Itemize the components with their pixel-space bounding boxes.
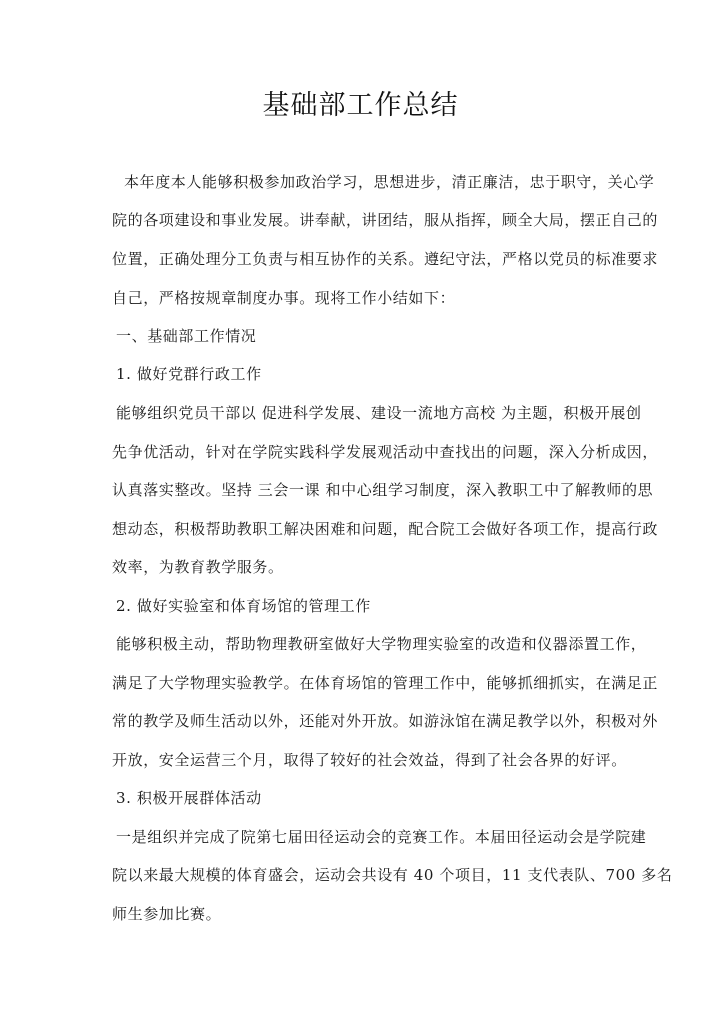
paragraph-line: 认真落实整改。坚持 三会一课 和中心组学习制度，深入教职工中了解教师的思 <box>112 480 612 500</box>
paragraph-line: 院以来最大规模的体育盛会，运动会共设有 40 个项目，11 支代表队、700 多… <box>112 865 612 885</box>
section-heading: 一、基础部工作情况 <box>116 326 616 346</box>
item-heading: 2. 做好实验室和体育场馆的管理工作 <box>116 596 616 616</box>
paragraph-line: 能够积极主动，帮助物理教研室做好大学物理实验室的改造和仪器添置工作， <box>116 634 612 654</box>
paragraph-line: 一是组织并完成了院第七届田径运动会的竞赛工作。本届田径运动会是学院建 <box>116 827 612 847</box>
paragraph-line: 本年度本人能够积极参加政治学习，思想进步，清正廉洁，忠于职守，关心学 <box>124 172 612 192</box>
paragraph-line: 能够组织党员干部以 促进科学发展、建设一流地方高校 为主题，积极开展创 <box>116 403 612 423</box>
document-title: 基础部工作总结 <box>0 86 721 126</box>
paragraph-line: 院的各项建设和事业发展。讲奉献，讲团结，服从指挥，顾全大局，摆正自己的 <box>112 210 612 230</box>
paragraph-line: 先争优活动，针对在学院实践科学发展观活动中查找出的问题，深入分析成因， <box>112 442 612 462</box>
paragraph-line: 效率，为教育教学服务。 <box>112 557 612 577</box>
paragraph-line: 开放，安全运营三个月，取得了较好的社会效益，得到了社会各界的好评。 <box>112 750 612 770</box>
paragraph-line: 想动态，积极帮助教职工解决困难和问题，配合院工会做好各项工作，提高行政 <box>112 519 612 539</box>
item-heading: 1. 做好党群行政工作 <box>116 364 616 384</box>
item-heading: 3. 积极开展群体活动 <box>116 788 616 808</box>
paragraph-line: 师生参加比赛。 <box>112 904 612 924</box>
paragraph-line: 满足了大学物理实验教学。在体育场馆的管理工作中，能够抓细抓实，在满足正 <box>112 673 612 693</box>
paragraph-line: 常的教学及师生活动以外，还能对外开放。如游泳馆在满足教学以外，积极对外 <box>112 711 612 731</box>
paragraph-line: 自己，严格按规章制度办事。现将工作小结如下： <box>112 288 612 308</box>
paragraph-line: 位置，正确处理分工负责与相互协作的关系。遵纪守法，严格以党员的标准要求 <box>112 249 612 269</box>
